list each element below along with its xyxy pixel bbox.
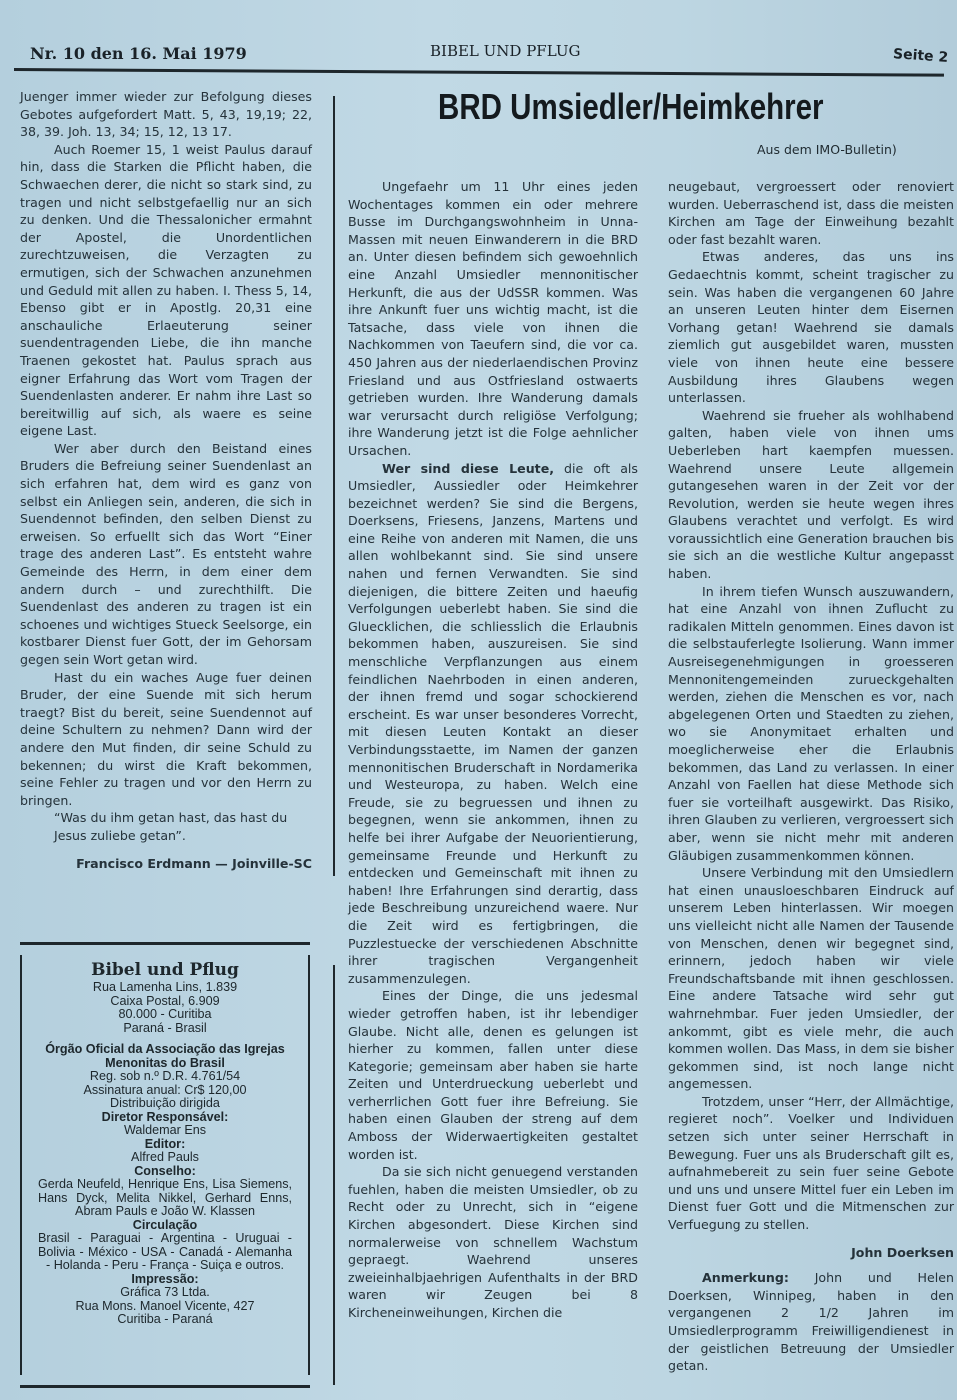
paragraph: Etwas anderes, das uns ins Gedaechtnis k…: [668, 248, 954, 406]
paragraph: neugebaut, vergroessert oder renoviert w…: [668, 178, 954, 248]
address-line: 80.000 - Curitiba: [38, 1008, 292, 1022]
main-article-right-column: neugebaut, vergroessert oder renoviert w…: [668, 178, 954, 1375]
council-label: Conselho:: [38, 1165, 292, 1179]
column-divider: [333, 965, 335, 1385]
imprint-box: Bibel und Pflug Rua Lamenha Lins, 1.839 …: [20, 942, 310, 1388]
article-headline: BRD Umsiedler/Heimkehrer: [438, 86, 824, 128]
paragraph: Eines der Dinge, die uns jedesmal wieder…: [348, 987, 638, 1163]
printer-address: Rua Mons. Manoel Vicente, 427: [38, 1300, 292, 1314]
box-border-right: [308, 955, 310, 1375]
paragraph: Hast du ein waches Auge fuer deinen Brud…: [20, 669, 312, 810]
column-divider: [333, 96, 335, 876]
paragraph: Da sie sich nicht genuegend verstanden f…: [348, 1163, 638, 1321]
address-line: Caixa Postal, 6.909: [38, 995, 292, 1009]
printing-label: Impressão:: [38, 1273, 292, 1287]
editor-name: Alfred Pauls: [38, 1151, 292, 1165]
subscription: Assinatura anual: Cr$ 120,00: [38, 1084, 292, 1098]
main-article-middle-column: Ungefaehr um 11 Uhr eines jeden Wochenta…: [348, 178, 638, 1322]
editor-label: Editor:: [38, 1138, 292, 1152]
issue-date: Nr. 10 den 16. Mai 1979: [30, 44, 247, 63]
circulation-label: Circulação: [38, 1219, 292, 1233]
article-author: Francisco Erdmann — Joinville-SC: [20, 855, 312, 873]
paper-name: BIBEL UND PFLUG: [430, 42, 580, 60]
imprint-title: Bibel und Pflug: [38, 959, 292, 981]
circulation-countries: Brasil - Paraguai - Argentina - Uruguai …: [38, 1232, 292, 1273]
address-line: Rua Lamenha Lins, 1.839: [38, 981, 292, 995]
council-members: Gerda Neufeld, Henrique Ens, Lisa Siemen…: [38, 1178, 292, 1219]
paragraph: Wer sind diese Leute, die oft als Umsied…: [348, 460, 638, 988]
article-author: John Doerksen: [668, 1244, 954, 1262]
paragraph: Trotzdem, unser “Herr, der Allmächtige, …: [668, 1093, 954, 1234]
paragraph: Juenger immer wieder zur Befolgung diese…: [20, 88, 312, 141]
note-label: Anmerkung:: [702, 1270, 789, 1285]
paragraph: Unsere Verbindung mit den Umsiedlern hat…: [668, 864, 954, 1093]
paragraph: Auch Roemer 15, 1 weist Paulus darauf hi…: [20, 141, 312, 440]
closing-quote: “Was du ihm getan hast, das hast du Jesu…: [20, 809, 312, 844]
registration: Reg. sob n.º D.R. 4.761/54: [38, 1070, 292, 1084]
paragraph: Wer aber durch den Beistand eines Bruder…: [20, 440, 312, 669]
director-label: Diretor Responsável:: [38, 1111, 292, 1125]
page-number: Seite 2: [892, 46, 948, 66]
lead-question: Wer sind diese Leute,: [382, 461, 554, 476]
paragraph: In ihrem tiefen Wunsch auszuwandern, hat…: [668, 583, 954, 865]
distribution: Distribuição dirigida: [38, 1097, 292, 1111]
address-line: Paraná - Brasil: [38, 1022, 292, 1036]
director-name: Waldemar Ens: [38, 1124, 292, 1138]
organ-statement: Órgão Oficial da Associação das Igrejas …: [38, 1043, 292, 1070]
paragraph: Waehrend sie frueher als wohlhabend galt…: [668, 407, 954, 583]
printer-city: Curitiba - Paraná: [38, 1313, 292, 1327]
paragraph: Ungefaehr um 11 Uhr eines jeden Wochenta…: [348, 178, 638, 460]
article-source: Aus dem IMO-Bulletin): [757, 142, 897, 157]
printer-name: Gráfica 73 Ltda.: [38, 1286, 292, 1300]
left-article: Juenger immer wieder zur Befolgung diese…: [20, 88, 312, 872]
box-border-left: [20, 955, 22, 1375]
editor-note: Anmerkung: John und Helen Doerksen, Winn…: [668, 1269, 954, 1375]
